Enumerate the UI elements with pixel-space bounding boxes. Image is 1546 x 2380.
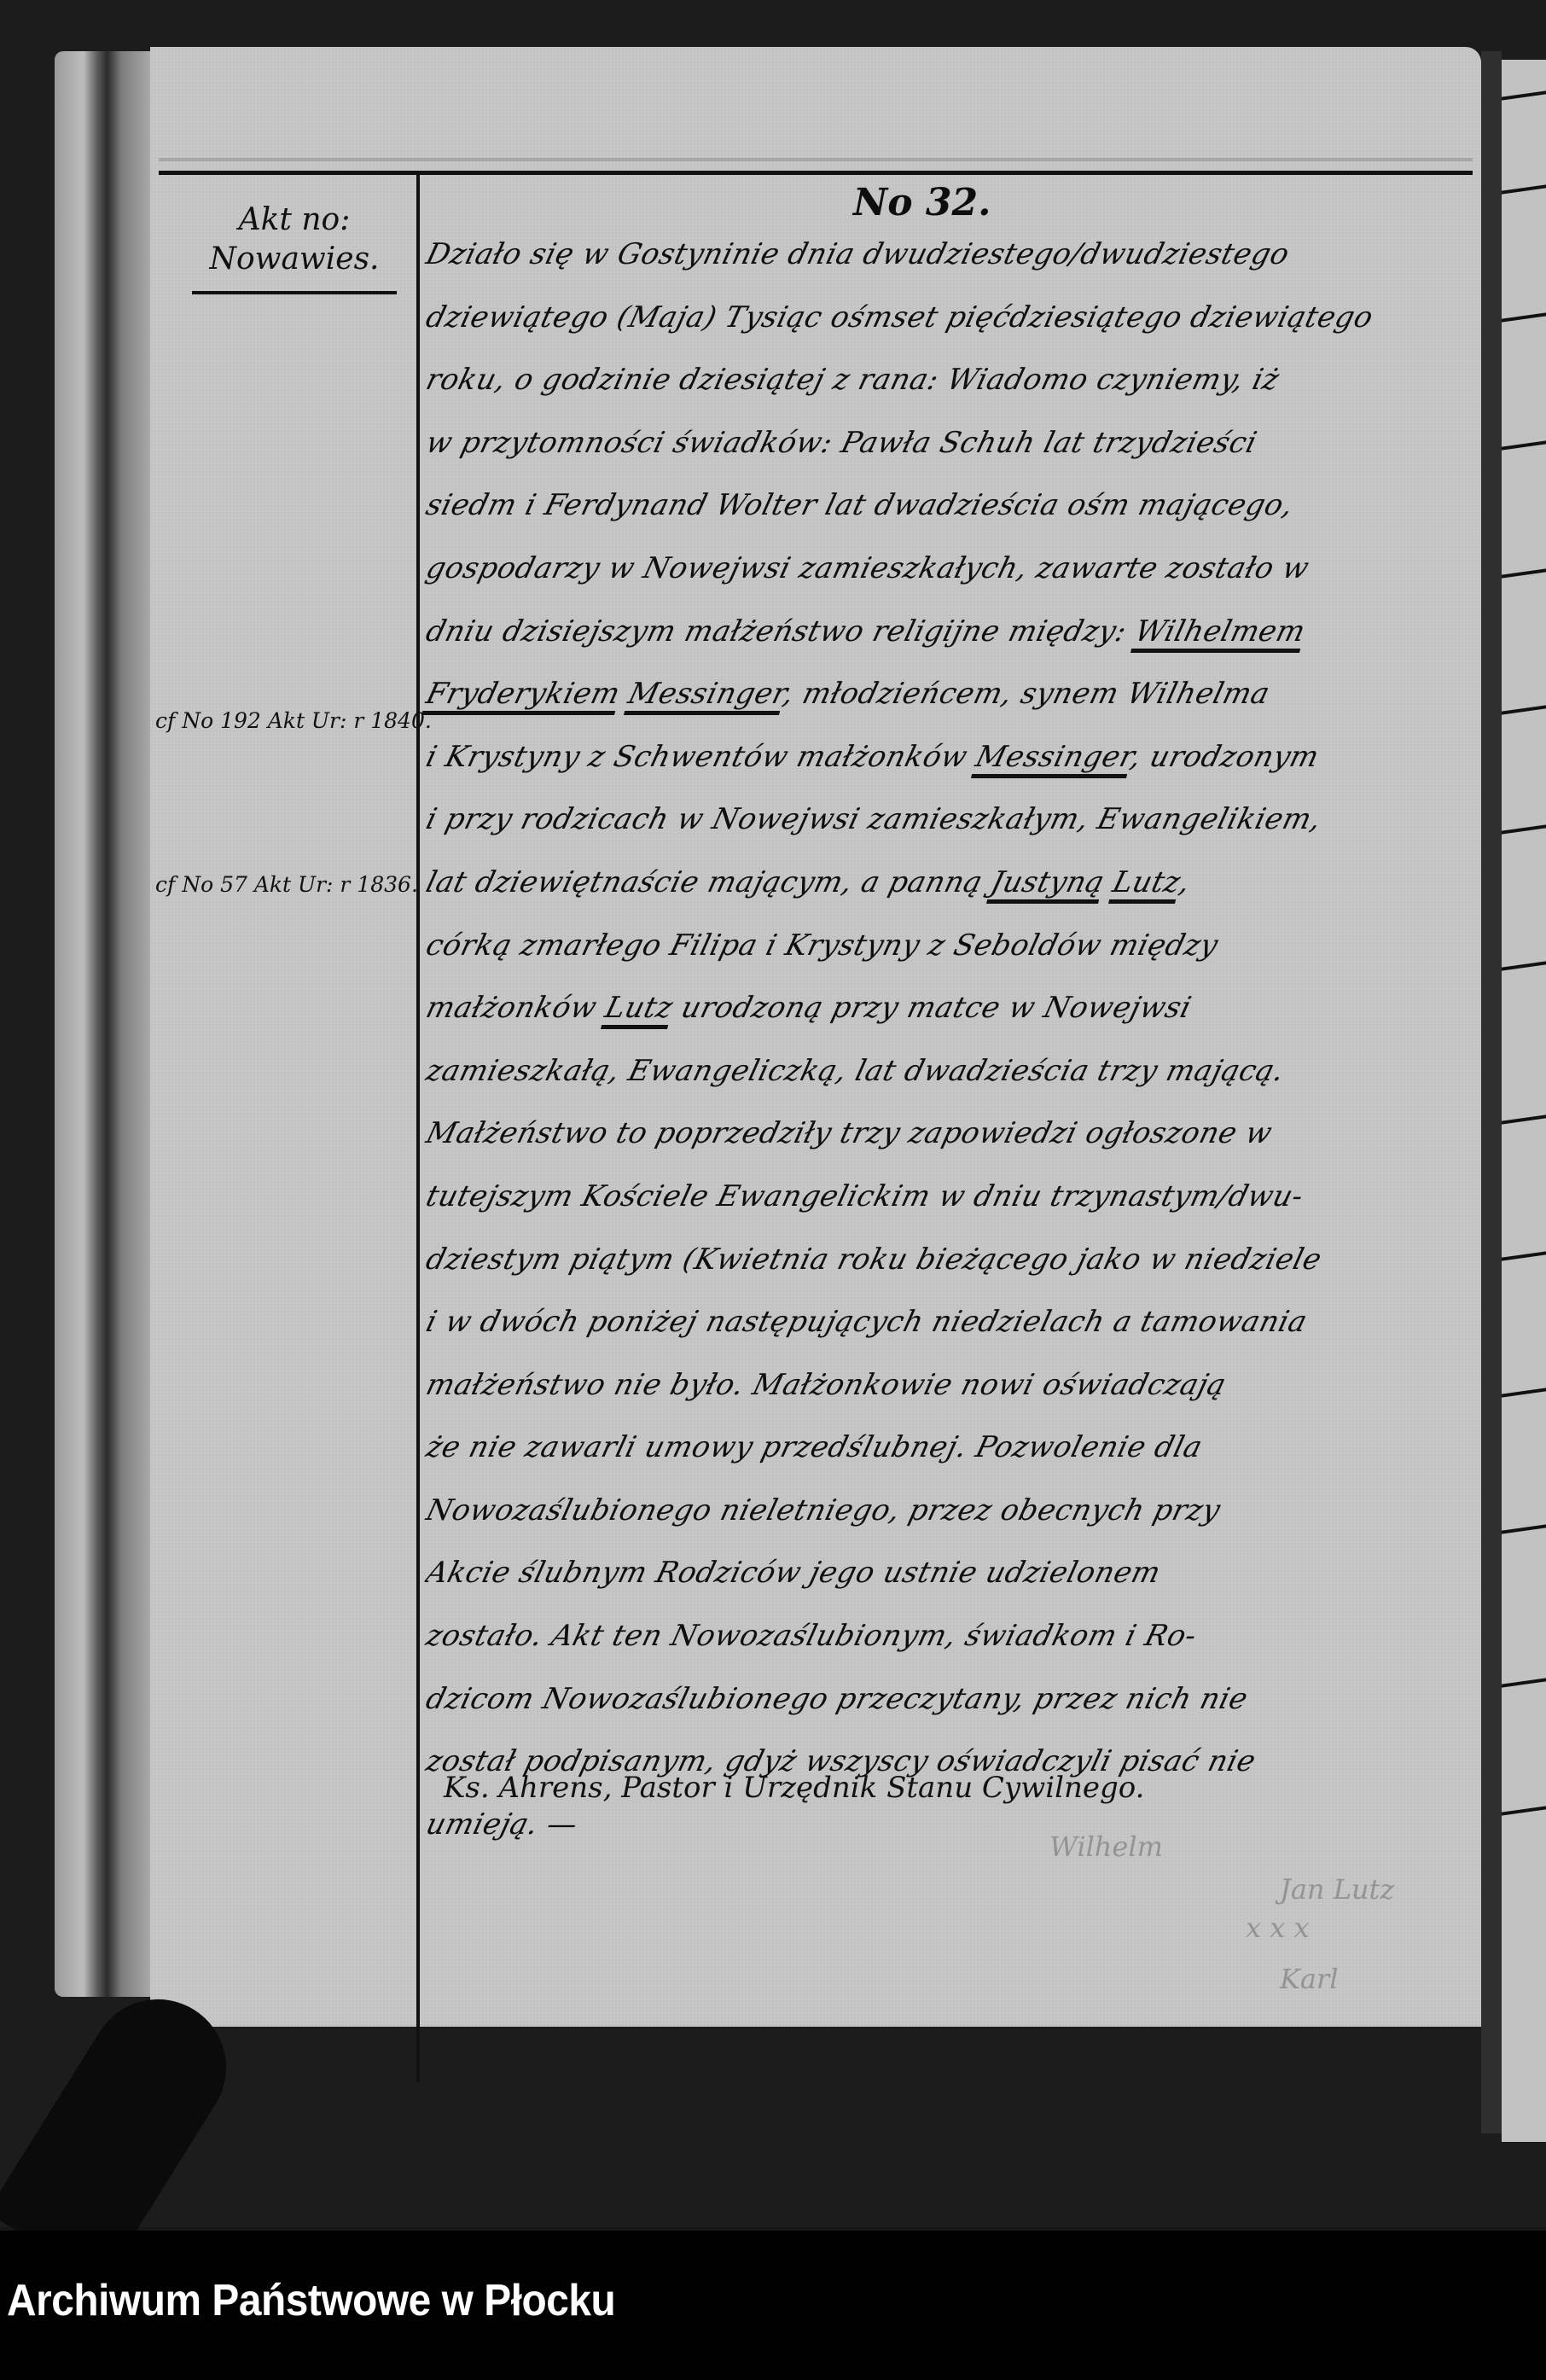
bleedthrough-text: Jan Lutz [1280,1873,1394,1906]
margin-header-underline [192,291,397,294]
text-line: i w dwóch poniżej następujących niedziel… [419,1291,1484,1354]
text-line: lat dziewiętnaście mającym, a panną Just… [419,852,1484,915]
book-binding-edge [55,51,150,1997]
text-line: roku, o godzinie dziesiątej z rana: Wiad… [419,349,1484,412]
margin-header: Akt no: Nowawies. [179,201,410,294]
text-line: i przy rodzicach w Nowejwsi zamieszkałym… [419,788,1484,852]
text-line: Fryderykiem Messinger, młodzieńcem, syne… [419,663,1484,726]
margin-header-line1: Akt no: [179,201,410,240]
text-line: małżonków Lutz urodzoną przy matce w Now… [419,977,1484,1040]
text-line: siedm i Ferdynand Wolter lat dwadzieścia… [419,474,1484,538]
text-line: w przytomności świadków: Pawła Schuh lat… [419,412,1484,475]
text-line: małżeństwo nie było. Małżonkowie nowi oś… [419,1354,1484,1417]
text-line: Działo się w Gostyninie dnia dwudziesteg… [419,224,1484,287]
text-line: córką zmarłego Filipa i Krystyny z Sebol… [419,915,1484,978]
text-line: i Krystyny z Schwentów małżonków Messing… [419,726,1484,789]
text-line: dzicom Nowozaślubionego przeczytany, prz… [419,1668,1484,1731]
text-line: Nowozaślubionego nieletniego, przez obec… [419,1480,1484,1543]
text-line: Akcie ślubnym Rodziców jego ustnie udzie… [419,1542,1484,1605]
faint-ruling [159,158,1473,161]
book-gutter [1481,51,1502,2133]
text-line: gospodarzy w Nowejwsi zamieszkałych, zaw… [419,538,1484,601]
bleedthrough-text: Karl [1280,1963,1339,1995]
archive-caption: Archiwum Państwowe w Płocku [7,2275,615,2326]
officiant-signature: Ks. Ahrens, Pastor i Urzędnik Stanu Cywi… [444,1771,1144,1805]
record-body: Działo się w Gostyninie dnia dwudziesteg… [427,224,1476,1856]
margin-note: cf No 57 Akt Ur: r 1836. [155,872,420,897]
margin-header-line2: Nowawies. [179,240,410,279]
text-line: dziestym piątym (Kwietnia roku bieżącego… [419,1229,1484,1292]
entry-number: No 32. [853,181,991,224]
margin-note: cf No 192 Akt Ur: r 1840. [155,708,420,733]
bleedthrough-text: x x x [1246,1912,1309,1944]
margin-column-rule [416,175,420,2082]
text-line: że nie zawarli umowy przedślubnej. Pozwo… [419,1417,1484,1480]
text-line: dziewiątego (Maja) Tysiąc ośmset pięćdzi… [419,287,1484,350]
text-line: zostało. Akt ten Nowozaślubionym, świadk… [419,1605,1484,1668]
text-line: tutejszym Kościele Ewangelickim w dniu t… [419,1166,1484,1229]
bleedthrough-text: Wilhelm [1049,1830,1163,1863]
header-rule [159,171,1473,175]
text-line: Małżeństwo to poprzedziły trzy zapowiedz… [419,1103,1484,1166]
text-line: zamieszkałą, Ewangeliczką, lat dwadzieśc… [419,1040,1484,1103]
text-line: dniu dzisiejszym małżeństwo religijne mi… [419,601,1484,664]
facing-page-edge [1502,60,1546,2142]
